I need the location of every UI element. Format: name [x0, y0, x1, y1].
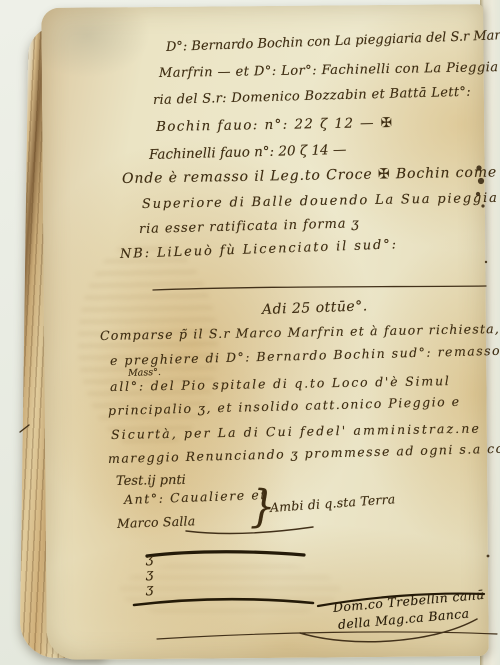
- margin-marks: ʒ ʒ ʒ: [146, 552, 153, 597]
- interlinear-insertion: Mass°.: [128, 367, 161, 379]
- manuscript-scan: D°: Bernardo Bochin con La pieggiaria de…: [0, 0, 500, 665]
- witness-caption: Test.ij pnti: [116, 473, 186, 489]
- margin-mark: ʒ: [146, 552, 153, 567]
- margin-mark: ʒ: [146, 567, 153, 582]
- margin-mark: ʒ: [146, 582, 153, 597]
- witness-name-2: Marco Salla: [117, 513, 196, 531]
